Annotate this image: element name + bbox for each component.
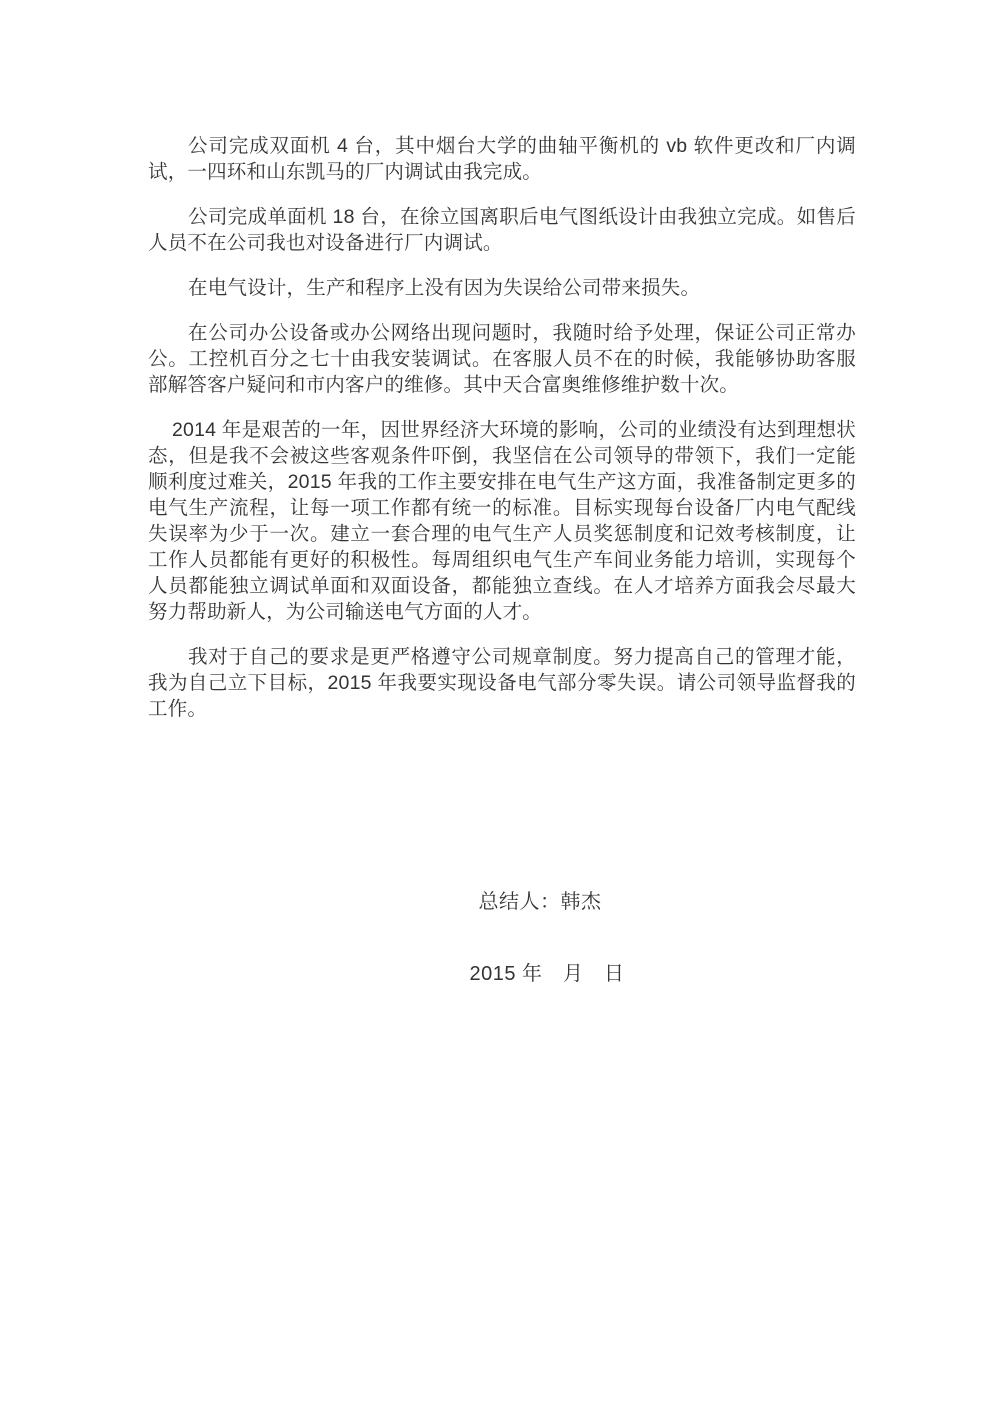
paragraph-4: 在公司办公设备或办公网络出现问题时，我随时给予处理，保证公司正常办公。工控机百分…	[148, 320, 856, 398]
paragraph-5: 2014 年是艰苦的一年，因世界经济大环境的影响，公司的业绩没有达到理想状态，但…	[148, 417, 856, 625]
date-line: 2015 年 月 日	[148, 961, 856, 987]
paragraph-1: 公司完成双面机 4 台，其中烟台大学的曲轴平衡机的 vb 软件更改和厂内调试，一…	[148, 133, 856, 185]
signature-line: 总结人：韩杰	[148, 889, 856, 915]
paragraph-6: 我对于自己的要求是更严格遵守公司规章制度。努力提高自己的管理才能，我为自己立下目…	[148, 644, 856, 722]
document-page: 公司完成双面机 4 台，其中烟台大学的曲轴平衡机的 vb 软件更改和厂内调试，一…	[0, 0, 1000, 1415]
paragraph-3: 在电气设计，生产和程序上没有因为失误给公司带来损失。	[148, 275, 856, 301]
paragraph-2: 公司完成单面机 18 台，在徐立国离职后电气图纸设计由我独立完成。如售后人员不在…	[148, 204, 856, 256]
